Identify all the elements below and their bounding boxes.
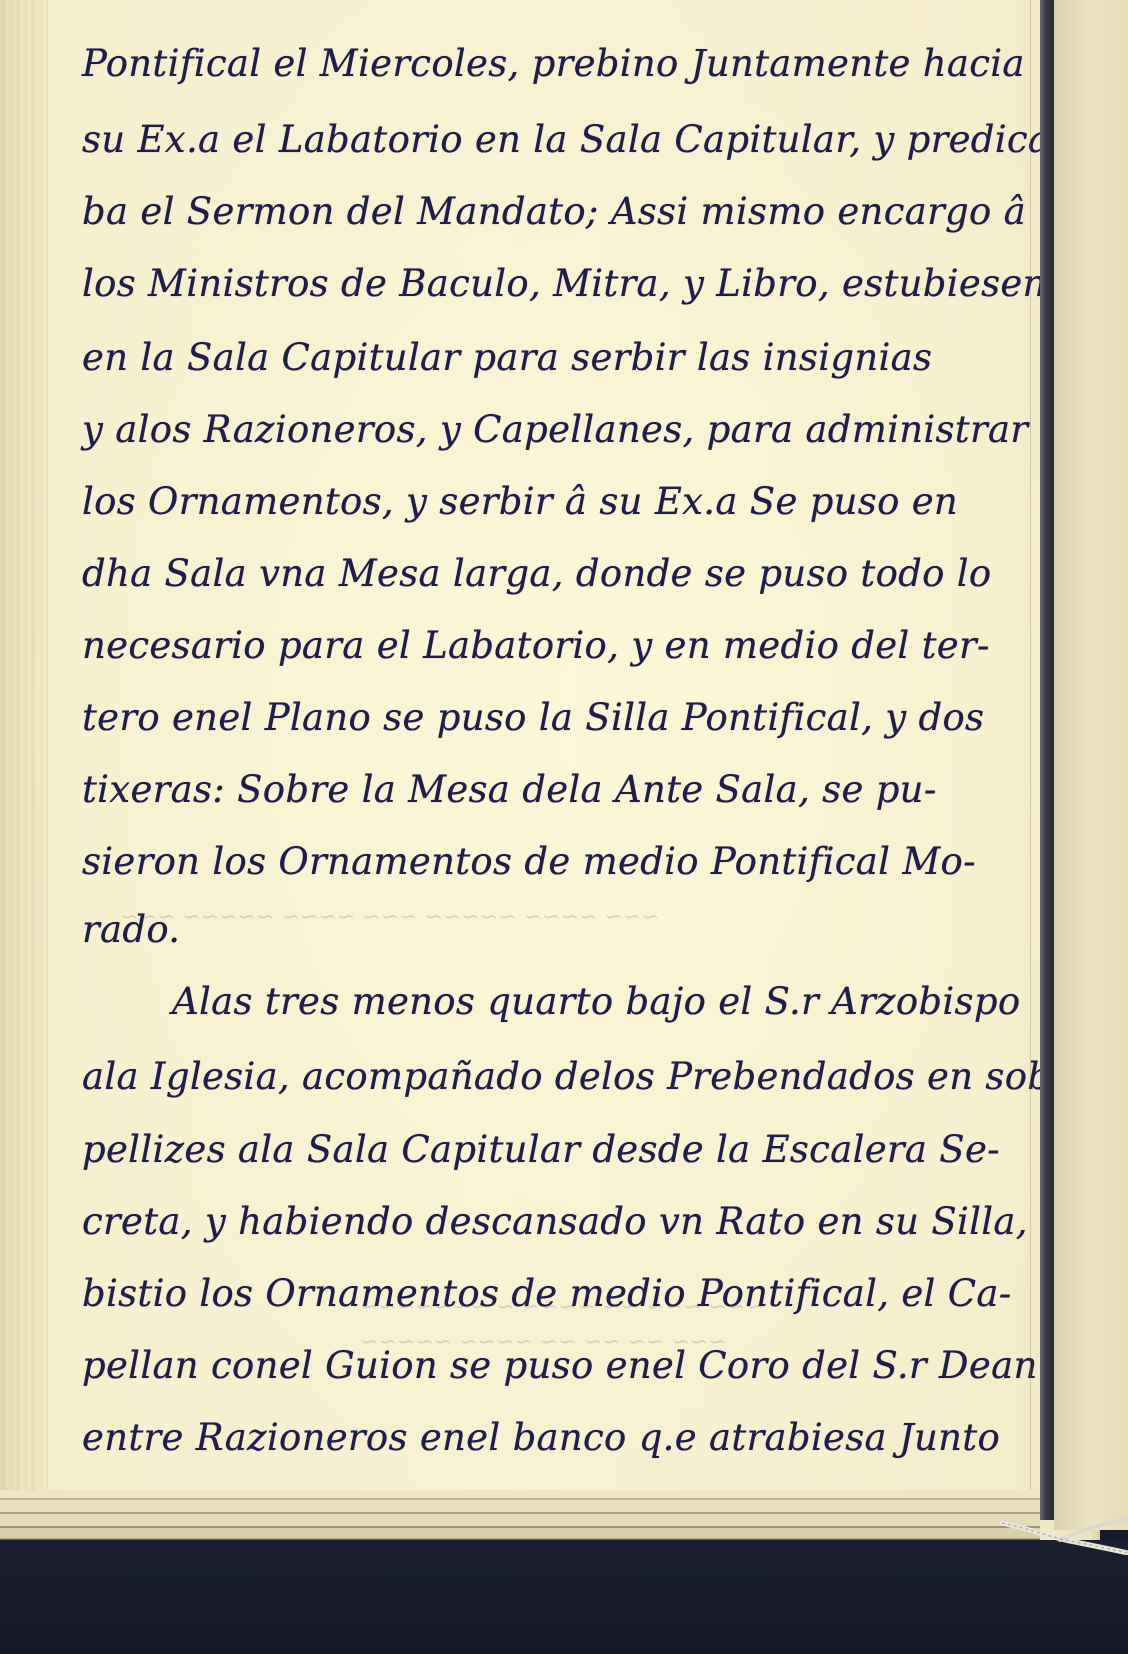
binding-edge (1040, 0, 1054, 1520)
text-line: su Ex.a el Labatorio en la Sala Capitula… (82, 118, 1063, 161)
page-stack-edges (0, 1490, 1040, 1540)
text-line: y alos Razioneros, y Capellanes, para ad… (82, 408, 1028, 451)
page-gutter (0, 0, 48, 1600)
text-line: sieron los Ornamentos de medio Pontifica… (82, 840, 976, 883)
background-surface (0, 1540, 1128, 1654)
text-line: pellizes ala Sala Capitular desde la Esc… (82, 1128, 1000, 1171)
text-line: en la Sala Capitular para serbir las ins… (82, 336, 932, 379)
text-line: bistio los Ornamentos de medio Pontifica… (82, 1272, 1012, 1315)
text-line: tero enel Plano se puso la Silla Pontifi… (82, 696, 984, 739)
text-line: rado. (82, 908, 180, 951)
text-line: los Ornamentos, y serbir â su Ex.a Se pu… (82, 480, 958, 523)
manuscript-page: ~~~ ~~~~ ~~~~~ ~~~ ~~~~ ~~~~~ ~~~ ~~~ ~~… (0, 0, 1100, 1600)
text-line: tixeras: Sobre la Mesa dela Ante Sala, s… (82, 768, 937, 811)
text-line: ala Iglesia, acompañado delos Prebendado… (82, 1055, 1104, 1098)
text-line: entre Razioneros enel banco q.e atrabies… (82, 1416, 1000, 1459)
next-leaf-edge (1054, 0, 1128, 1530)
binding-string-icon (1000, 1515, 1128, 1555)
text-line: los Ministros de Baculo, Mitra, y Libro,… (82, 262, 1047, 305)
text-line: pellan conel Guion se puso enel Coro del… (82, 1344, 1038, 1387)
text-line: Pontifical el Miercoles, prebino Juntame… (82, 42, 1025, 85)
paragraph-start-line: Alas tres menos quarto bajo el S.r Arzob… (172, 980, 1020, 1023)
text-line: necesario para el Labatorio, y en medio … (82, 624, 990, 667)
ink-bleed-through: ~~~ ~~~~ ~~~~~ ~~~ ~~~~ ~~~~~ ~~~ (120, 905, 660, 930)
text-line: ba el Sermon del Mandato; Assi mismo enc… (82, 190, 1026, 233)
margin-rule (1030, 0, 1031, 1530)
text-line: dha Sala vna Mesa larga, donde se puso t… (82, 552, 991, 595)
text-line: creta, y habiendo descansado vn Rato en … (82, 1200, 1081, 1243)
